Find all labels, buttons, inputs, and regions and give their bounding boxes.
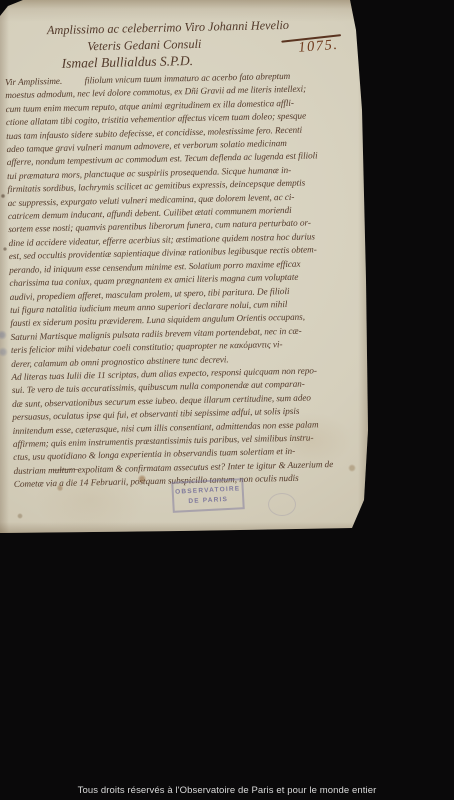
address-line-recipient: Amplissimo ac celeberrimo Viro Johanni H… (47, 18, 289, 38)
address-line-sender: Ismael Bullialdus S.P.D. (61, 53, 193, 72)
letter-body: Vir Amplissime. filiolum vnicum tuum imm… (5, 68, 372, 491)
address-line-title: Veteris Gedani Consuli (87, 37, 201, 54)
observatoire-stamp: OBSERVATOIRE DE PARIS (171, 478, 245, 513)
copyright-caption: Tous droits réservés à l'Observatoire de… (0, 785, 454, 796)
handwritten-content: Amplissimo ac celeberrimo Viro Johanni H… (0, 0, 380, 534)
faint-circular-stamp (268, 493, 296, 516)
manuscript-page: Amplissimo ac celeberrimo Viro Johanni H… (0, 0, 370, 534)
folio-number: 1075. (298, 37, 339, 57)
photo-background: Amplissimo ac celeberrimo Viro Johanni H… (0, 0, 454, 800)
